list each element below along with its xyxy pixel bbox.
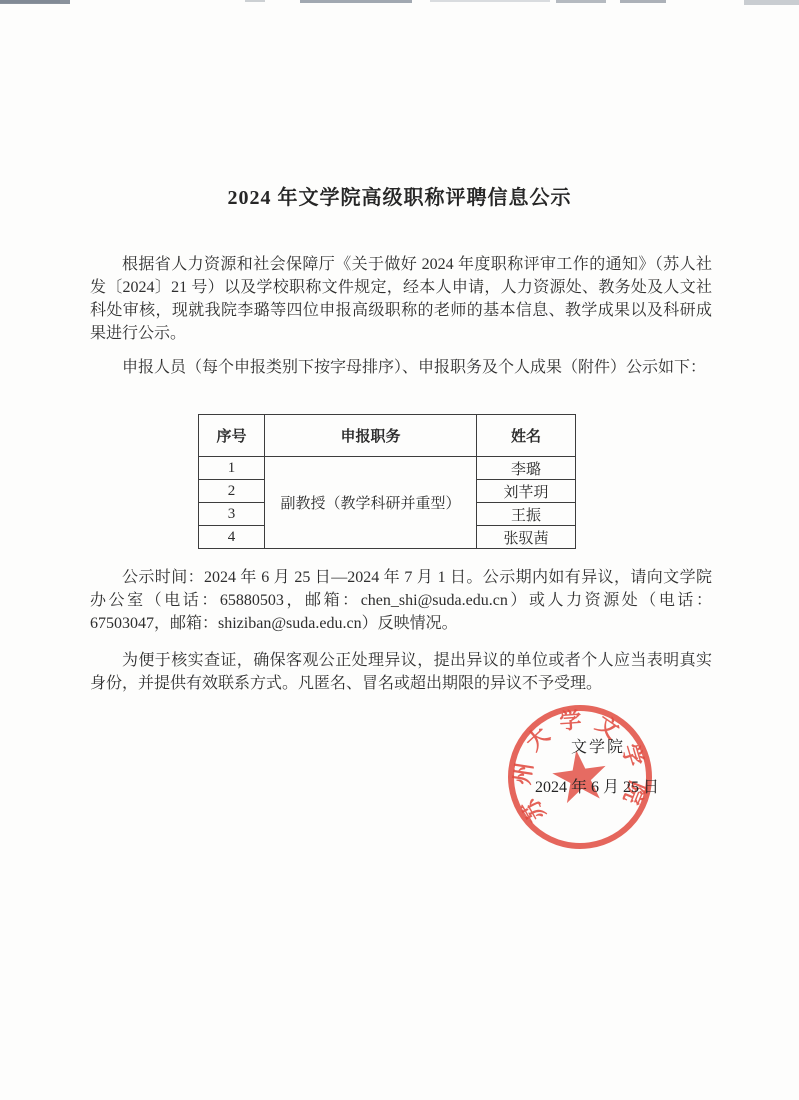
- header-position: 申报职务: [265, 415, 477, 457]
- signature-organization: 文学院: [430, 734, 625, 757]
- table-header-row: 序号 申报职务 姓名: [199, 415, 576, 457]
- cell-serial-no: 4: [199, 526, 265, 549]
- cell-name: 王振: [477, 503, 576, 526]
- paragraph-objection-rules: 为便于核实查证，确保客观公正处理异议，提出异议的单位或者个人应当表明真实身份，并…: [90, 649, 712, 695]
- paragraph-basis: 根据省人力资源和社会保障厅《关于做好 2024 年度职称评审工作的通知》（苏人社…: [90, 253, 712, 345]
- cell-serial-no: 1: [199, 457, 265, 480]
- header-serial-no: 序号: [199, 415, 265, 457]
- table-row: 1 副教授（教学科研并重型） 李璐: [199, 457, 576, 480]
- paragraph-applicants-intro: 申报人员（每个申报类别下按字母排序）、申报职务及个人成果（附件）公示如下：: [90, 356, 712, 379]
- cell-position-merged: 副教授（教学科研并重型）: [265, 457, 477, 549]
- scanned-notice-page: 2024 年文学院高级职称评聘信息公示 根据省人力资源和社会保障厅《关于做好 2…: [0, 0, 799, 1100]
- cell-name: 张驭茜: [477, 526, 576, 549]
- cell-name: 李璐: [477, 457, 576, 480]
- cell-serial-no: 2: [199, 480, 265, 503]
- header-name: 姓名: [477, 415, 576, 457]
- cell-name: 刘芊玥: [477, 480, 576, 503]
- cell-serial-no: 3: [199, 503, 265, 526]
- scan-edge-artifacts: [0, 0, 799, 8]
- notice-title: 2024 年文学院高级职称评聘信息公示: [0, 181, 799, 210]
- applicants-table: 序号 申报职务 姓名 1 副教授（教学科研并重型） 李璐 2 刘芊玥 3 王振 …: [198, 414, 576, 549]
- paragraph-publicity-period: 公示时间：2024 年 6 月 25 日—2024 年 7 月 1 日。公示期内…: [90, 566, 712, 635]
- signature-date: 2024 年 6 月 25 日: [430, 774, 659, 797]
